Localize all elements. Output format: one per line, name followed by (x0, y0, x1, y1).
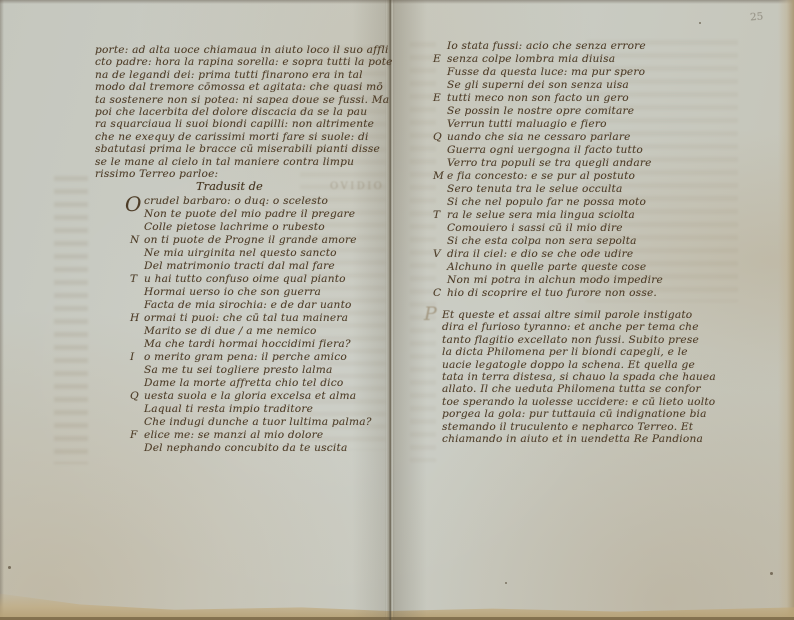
verse-line: Verro tra populi se tra quegli andare (447, 157, 663, 170)
verse-line: Io stata fussi: acio che senza errore (447, 40, 663, 53)
prose-line: tanto flagitio excellato non fussi. Subi… (442, 334, 746, 346)
verse-text: u hai tutto confuso oime qual pianto (144, 273, 346, 285)
verse-text: senza colpe lombra mia diuisa (447, 53, 615, 65)
ink-speck (8, 566, 11, 569)
verse-line: Del matrimonio tracti dal mal fare (144, 260, 372, 273)
verse-text: Se possin le nostre opre comitare (447, 105, 634, 117)
prose-line: che ne exequy de carissimi morti fare si… (95, 131, 391, 143)
verse-line: Hormai uerso io che son guerra (144, 286, 372, 299)
verse-line: Facta de mia sirochia: e de dar uanto (144, 299, 372, 312)
verse-text: Si che esta colpa non sera sepolta (447, 235, 637, 247)
left-page-prose: porte: ad alta uoce chiamaua in aiuto lo… (95, 44, 391, 180)
prose-line: dira el furioso tyranno: et anche per te… (442, 321, 746, 333)
verse-text: o merito gram pena: il perche amico (144, 351, 347, 363)
prose-line: porte: ad alta uoce chiamaua in aiuto lo… (95, 44, 391, 56)
verse-text: Verrun tutti maluagio e fiero (447, 118, 607, 130)
verse-line: Non mi potra in alchun modo impedire (447, 274, 663, 287)
verse-line: Laqual ti resta impio traditore (144, 403, 372, 416)
verse-text: Verro tra populi se tra quegli andare (447, 157, 652, 169)
verse-line: Si che nel populo far ne possa moto (447, 196, 663, 209)
prose-line: chiamando in aiuto et in uendetta Re Pan… (442, 433, 746, 445)
verse-text: Fusse da questa luce: ma pur spero (447, 66, 645, 78)
prose-line: cto padre: hora la rapina sorella: e sop… (95, 56, 391, 68)
ink-speck (770, 572, 773, 575)
verse-line: Sa me tu sei togliere presto lalma (144, 364, 372, 377)
prose-line: sbatutasi prima le bracce cū miserabili … (95, 143, 391, 155)
verse-text: hio di scoprire el tuo furore non osse. (447, 287, 657, 299)
folio-number: 25 (750, 11, 764, 24)
prose-line: na de legandi dei: prima tutti finarono … (95, 69, 391, 81)
verse-initial: O (125, 192, 142, 216)
ink-speck (505, 582, 507, 584)
prose-line: Et queste et assai altre simil parole in… (442, 309, 746, 321)
verse-initial: E (433, 53, 441, 65)
verse-line: Vdira il ciel: e dio se che ode udire (447, 248, 663, 261)
verse-text: dira il ciel: e dio se che ode udire (447, 248, 633, 260)
verse-text: Hormai uerso io che son guerra (144, 286, 321, 298)
verse-line: Tra le selue sera mia lingua sciolta (447, 209, 663, 222)
prose-line: allato. Il che ueduta Philomena tutta se… (442, 383, 746, 395)
gutter-shadow-right (393, 0, 427, 620)
verse-text: Sero tenuta tra le selue occulta (447, 183, 622, 195)
verse-initial: N (130, 234, 139, 246)
verse-line: Etutti meco non son facto un gero (447, 92, 663, 105)
verse-text: Marito se di due / a me nemico (144, 325, 317, 337)
prose-line: ta sostenere non si potea: ni sapea doue… (95, 94, 391, 106)
manuscript-photo: 25 porte: ad alta uoce chiamaua in aiuto… (0, 0, 794, 620)
verse-line: Fusse da questa luce: ma pur spero (447, 66, 663, 79)
verse-line: Guerra ogni uergogna il facto tutto (447, 144, 663, 157)
verse-text: on ti puote de Progne il grande amore (144, 234, 357, 246)
verse-text: Che indugi dunche a tuor lultima palma? (144, 416, 372, 428)
verse-line: Io merito gram pena: il perche amico (144, 351, 372, 364)
verse-text: Laqual ti resta impio traditore (144, 403, 313, 415)
verse-text: ormai ti puoi: che cū tal tua mainera (144, 312, 348, 324)
show-through-marks (54, 176, 88, 464)
verse-line: Non te puote del mio padre il pregare (144, 208, 372, 221)
verse-text: Guerra ogni uergogna il facto tutto (447, 144, 643, 156)
verse-line: Quando che sia ne cessaro parlare (447, 131, 663, 144)
verse-line: Tu hai tutto confuso oime qual pianto (144, 273, 372, 286)
verse-line: Verrun tutti maluagio e fiero (447, 118, 663, 131)
verse-text: Non te puote del mio padre il pregare (144, 208, 355, 220)
right-page-verses: Io stata fussi: acio che senza erroreEse… (447, 40, 663, 300)
verse-line: Colle pietose lachrime o rubesto (144, 221, 372, 234)
verse-text: tutti meco non son facto un gero (447, 92, 629, 104)
photo-left-edge (0, 0, 4, 620)
verse-initial: Q (130, 390, 139, 402)
verse-text: e fia concesto: e se pur al postuto (447, 170, 635, 182)
verse-initial: Q (433, 131, 442, 143)
verse-text: uando che sia ne cessaro parlare (447, 131, 631, 143)
verse-line: Ocrudel barbaro: o duq: o scelesto (144, 195, 372, 208)
verse-text: Sa me tu sei togliere presto lalma (144, 364, 333, 376)
verse-text: elice me: se manzi al mio dolore (144, 429, 323, 441)
verse-initial: V (433, 248, 441, 260)
verse-line: Alchuno in quelle parte queste cose (447, 261, 663, 274)
verse-text: Ma che tardi hormai hoccidimi fiera? (144, 338, 351, 350)
verse-text: Del nephando concubito da te uscita (144, 442, 347, 454)
section-heading: Tradusit de (196, 179, 263, 193)
right-page-prose: Et queste et assai altre simil parole in… (442, 309, 746, 445)
verse-text: Se gli superni dei son senza uisa (447, 79, 629, 91)
verse-text: crudel barbaro: o duq: o scelesto (144, 195, 328, 207)
verse-line: Ne mia uirginita nel questo sancto (144, 247, 372, 260)
verse-initial: H (130, 312, 139, 324)
prose-line: porgea la gola: pur tuttauia cū indignat… (442, 408, 746, 420)
verse-text: Dame la morte affretta chio tel dico (144, 377, 344, 389)
verse-text: uesta suola e la gloria excelsa et alma (144, 390, 356, 402)
verse-line: Marito se di due / a me nemico (144, 325, 372, 338)
verse-line: Del nephando concubito da te uscita (144, 442, 372, 455)
heading-show-through: OVIDIO (330, 181, 384, 192)
verse-text: Alchuno in quelle parte queste cose (447, 261, 646, 273)
verse-line: Hormai ti puoi: che cū tal tua mainera (144, 312, 372, 325)
prose-line: uacie legatogle doppo la schena. Et quel… (442, 359, 746, 371)
verse-line: Dame la morte affretta chio tel dico (144, 377, 372, 390)
verse-text: Non mi potra in alchun modo impedire (447, 274, 663, 286)
prose-line: poi che lacerbita del dolore discacia da… (95, 106, 391, 118)
verse-initial: F (130, 429, 138, 441)
prose-line: se le mane al cielo in tal maniere contr… (95, 156, 391, 168)
verse-text: Io stata fussi: acio che senza errore (447, 40, 646, 52)
verse-line: Me fia concesto: e se pur al postuto (447, 170, 663, 183)
prose-line: tata in terra distesa, si chauo la spada… (442, 371, 746, 383)
verse-line: Ma che tardi hormai hoccidimi fiera? (144, 338, 372, 351)
verse-line: Comouiero i sassi cū il mio dire (447, 222, 663, 235)
verse-line: Esenza colpe lombra mia diuisa (447, 53, 663, 66)
verse-line: Felice me: se manzi al mio dolore (144, 429, 372, 442)
prose-line: la dicta Philomena per li biondi capegli… (442, 346, 746, 358)
verse-line: Se gli superni dei son senza uisa (447, 79, 663, 92)
verse-initial: E (433, 92, 441, 104)
left-page-verses: Ocrudel barbaro: o duq: o scelestoNon te… (144, 195, 372, 455)
verse-line: Si che esta colpa non sera sepolta (447, 235, 663, 248)
verse-text: Ne mia uirginita nel questo sancto (144, 247, 337, 259)
verse-text: Facta de mia sirochia: e de dar uanto (144, 299, 352, 311)
verse-initial: I (130, 351, 134, 363)
verse-text: Del matrimonio tracti dal mal fare (144, 260, 335, 272)
verse-initial: C (433, 287, 441, 299)
book-fore-edge (778, 0, 794, 620)
verse-line: Non ti puote de Progne il grande amore (144, 234, 372, 247)
verse-text: Comouiero i sassi cū il mio dire (447, 222, 623, 234)
verse-line: Che indugi dunche a tuor lultima palma? (144, 416, 372, 429)
verse-line: Questa suola e la gloria excelsa et alma (144, 390, 372, 403)
verse-initial: T (433, 209, 440, 221)
verse-text: Si che nel populo far ne possa moto (447, 196, 646, 208)
prose-line: ra squarciaua li suoi biondi capilli: no… (95, 118, 391, 130)
paragraph-initial: P (424, 303, 437, 325)
verse-line: Se possin le nostre opre comitare (447, 105, 663, 118)
verse-text: Colle pietose lachrime o rubesto (144, 221, 325, 233)
prose-line: stemando il truculento e nepharco Terreo… (442, 421, 746, 433)
verse-text: ra le selue sera mia lingua sciolta (447, 209, 635, 221)
prose-line: modo dal tremore cōmossa et agitata: che… (95, 81, 391, 93)
ink-speck (699, 22, 701, 24)
verse-initial: M (433, 170, 444, 182)
verse-initial: T (130, 273, 137, 285)
prose-line: toe sperando la uolesse uccidere: e cū l… (442, 396, 746, 408)
verse-line: Chio di scoprire el tuo furore non osse. (447, 287, 663, 300)
verse-line: Sero tenuta tra le selue occulta (447, 183, 663, 196)
